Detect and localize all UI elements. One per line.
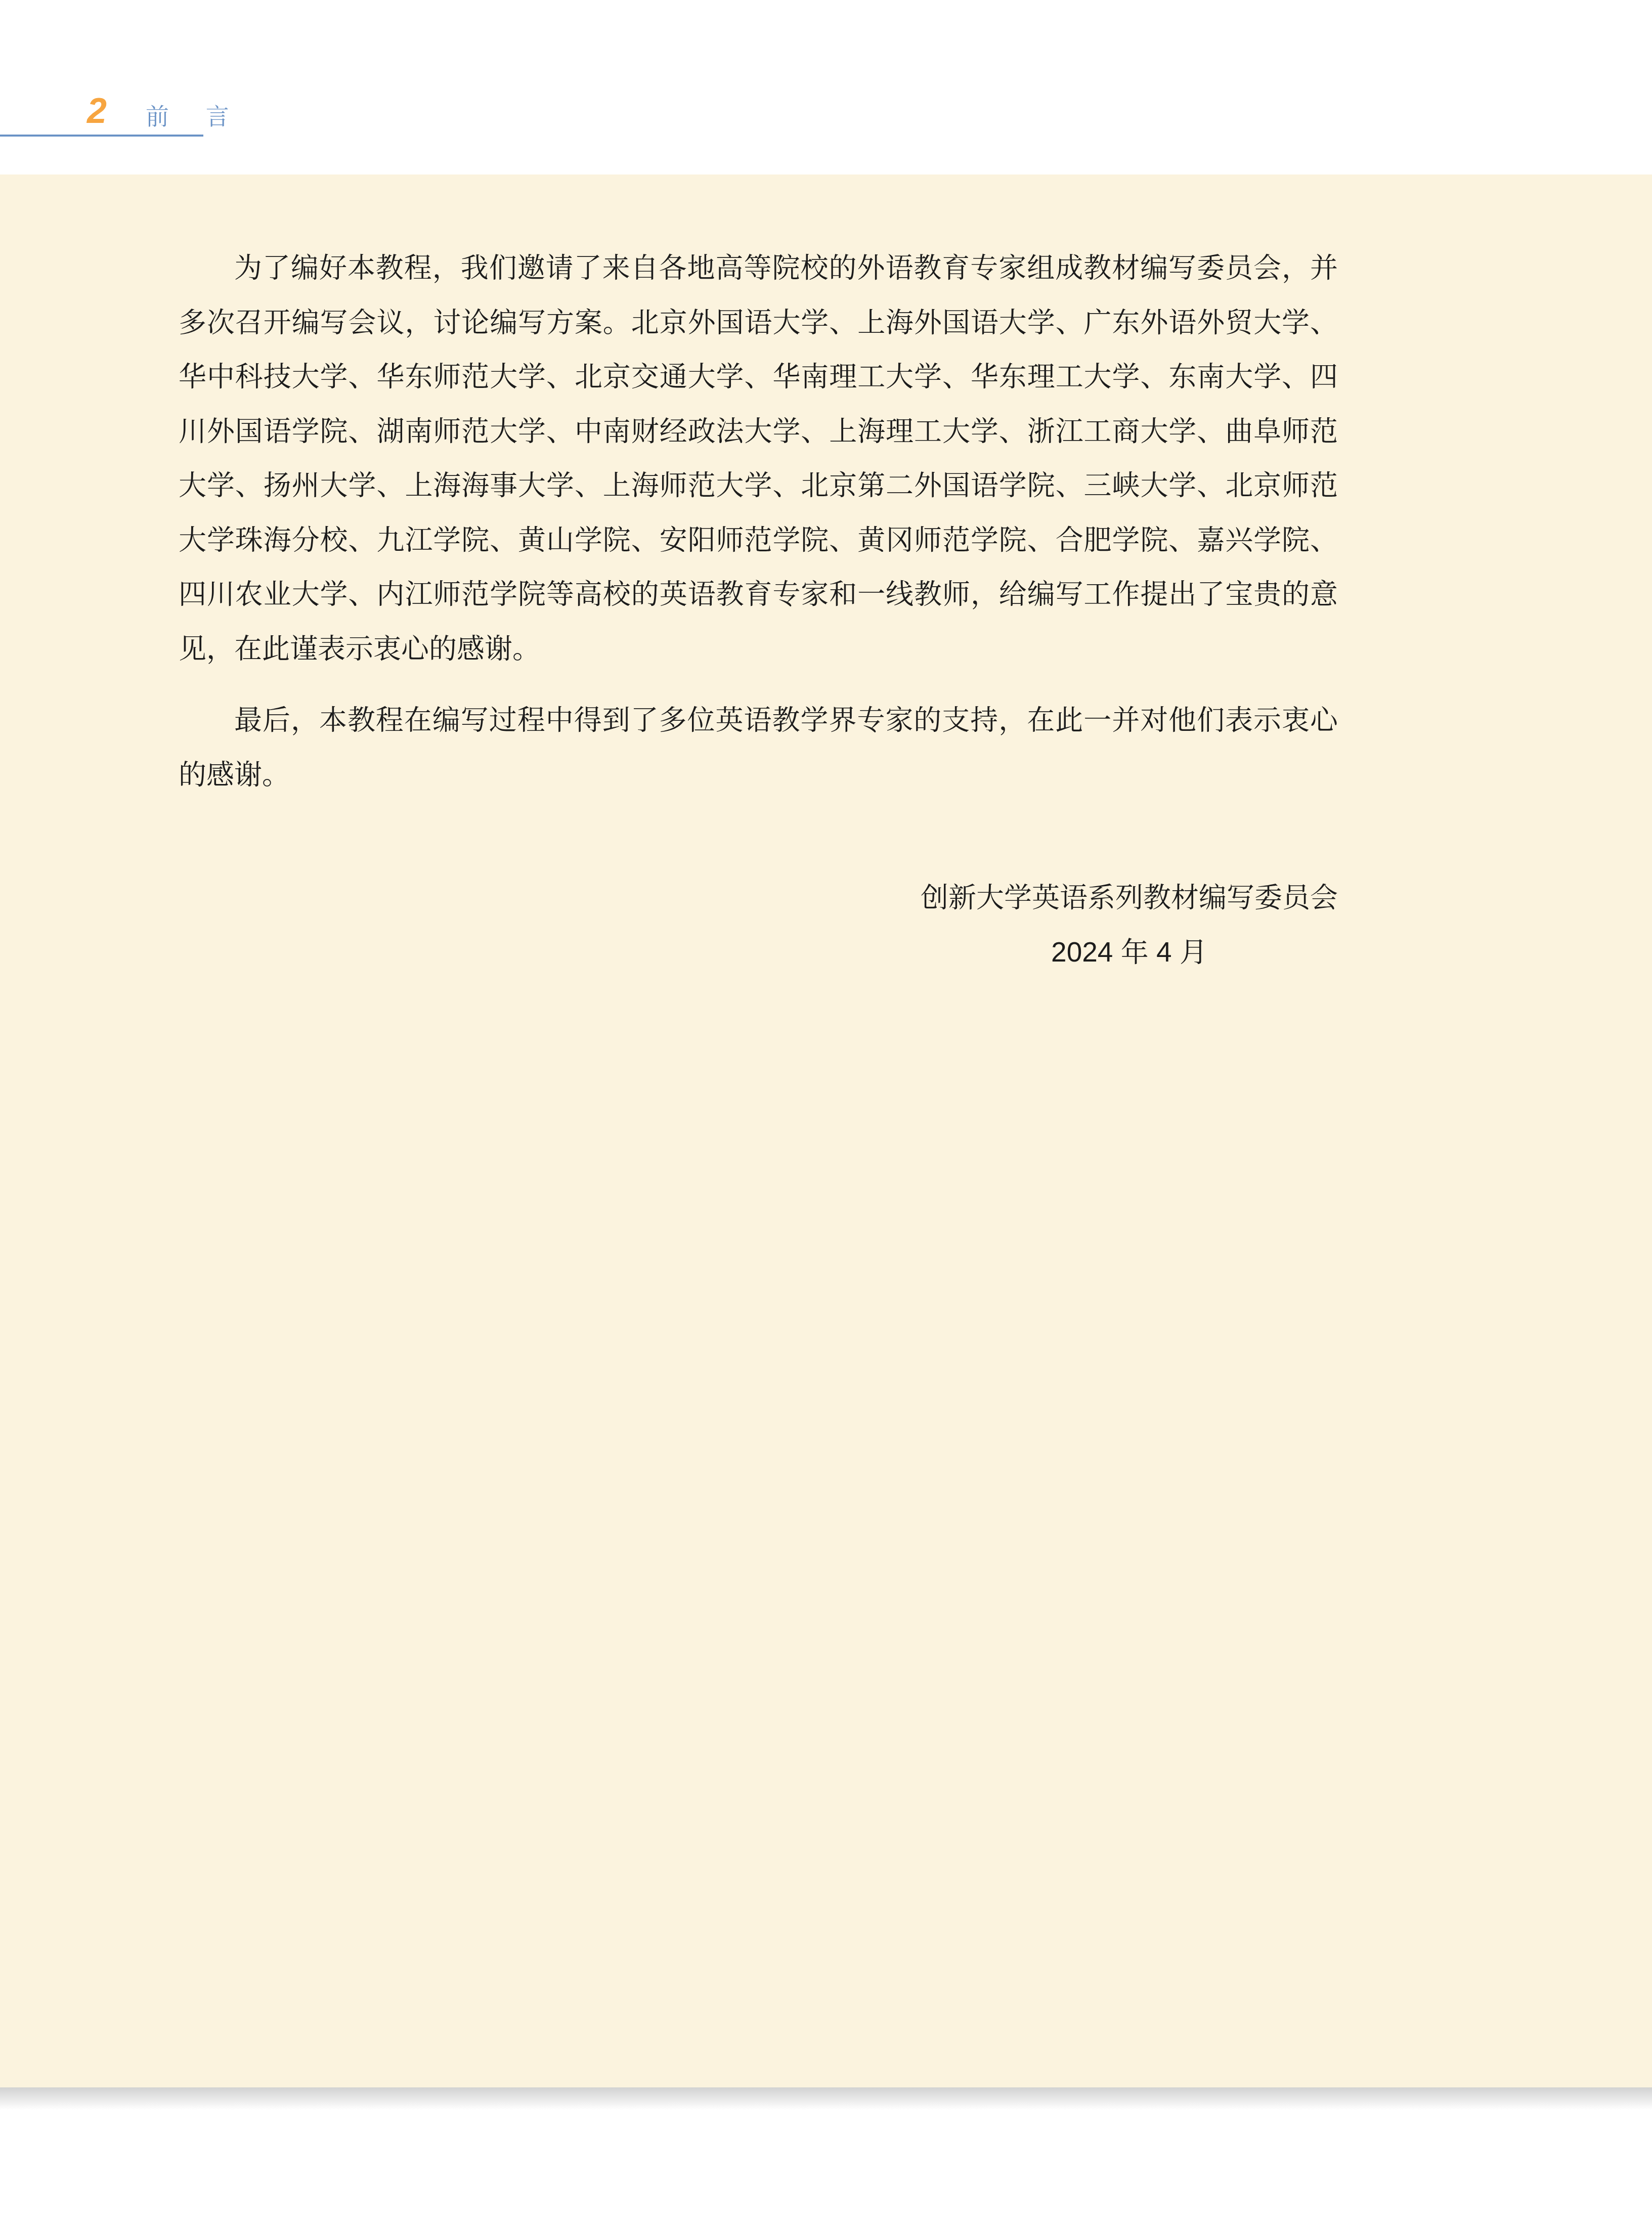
signature-block: 创新大学英语系列教材编写委员会2024 年 4 月 [179, 870, 1338, 979]
signature-date: 2024 年 4 月 [921, 925, 1338, 980]
text-line: 华中科技大学、华东师范大学、北京交通大学、华南理工大学、华东理工大学、东南大学、… [179, 350, 1338, 404]
content-panel: 为了编好本教程，我们邀请了来自各地高等院校的外语教育专家组成教材编写委员会，并多… [0, 174, 1652, 2087]
text-line: 多次召开编写会议，讨论编写方案。北京外国语大学、上海外国语大学、广东外语外贸大学… [179, 295, 1338, 350]
signature-inner: 创新大学英语系列教材编写委员会2024 年 4 月 [921, 870, 1338, 979]
text-line: 川外国语学院、湖南师范大学、中南财经政法大学、上海理工大学、浙江工商大学、曲阜师… [179, 404, 1338, 459]
header-rule [0, 135, 203, 137]
section-title: 前 言 [146, 105, 244, 128]
signature-committee: 创新大学英语系列教材编写委员会 [921, 870, 1338, 925]
text-line: 最后，本教程在编写过程中得到了多位英语教学界专家的支持，在此一并对他们表示衷心 [179, 693, 1338, 748]
text-line: 的感谢。 [179, 748, 1338, 802]
page-bottom-shadow [0, 2087, 1652, 2110]
document-page: 2 前 言 为了编好本教程，我们邀请了来自各地高等院校的外语教育专家组成教材编写… [0, 0, 1652, 2225]
text-line: 四川农业大学、内江师范学院等高校的英语教育专家和一线教师，给编写工作提出了宝贵的… [179, 567, 1338, 622]
body-text: 为了编好本教程，我们邀请了来自各地高等院校的外语教育专家组成教材编写委员会，并多… [179, 241, 1338, 979]
paragraph: 最后，本教程在编写过程中得到了多位英语教学界专家的支持，在此一并对他们表示衷心的… [179, 693, 1338, 802]
text-line: 大学、扬州大学、上海海事大学、上海师范大学、北京第二外国语学院、三峡大学、北京师… [179, 458, 1338, 513]
text-line: 见，在此谨表示衷心的感谢。 [179, 622, 1338, 676]
paragraph: 为了编好本教程，我们邀请了来自各地高等院校的外语教育专家组成教材编写委员会，并多… [179, 241, 1338, 676]
text-line: 大学珠海分校、九江学院、黄山学院、安阳师范学院、黄冈师范学院、合肥学院、嘉兴学院… [179, 513, 1338, 568]
page-number: 2 [87, 93, 107, 128]
text-line: 为了编好本教程，我们邀请了来自各地高等院校的外语教育专家组成教材编写委员会，并 [179, 241, 1338, 295]
